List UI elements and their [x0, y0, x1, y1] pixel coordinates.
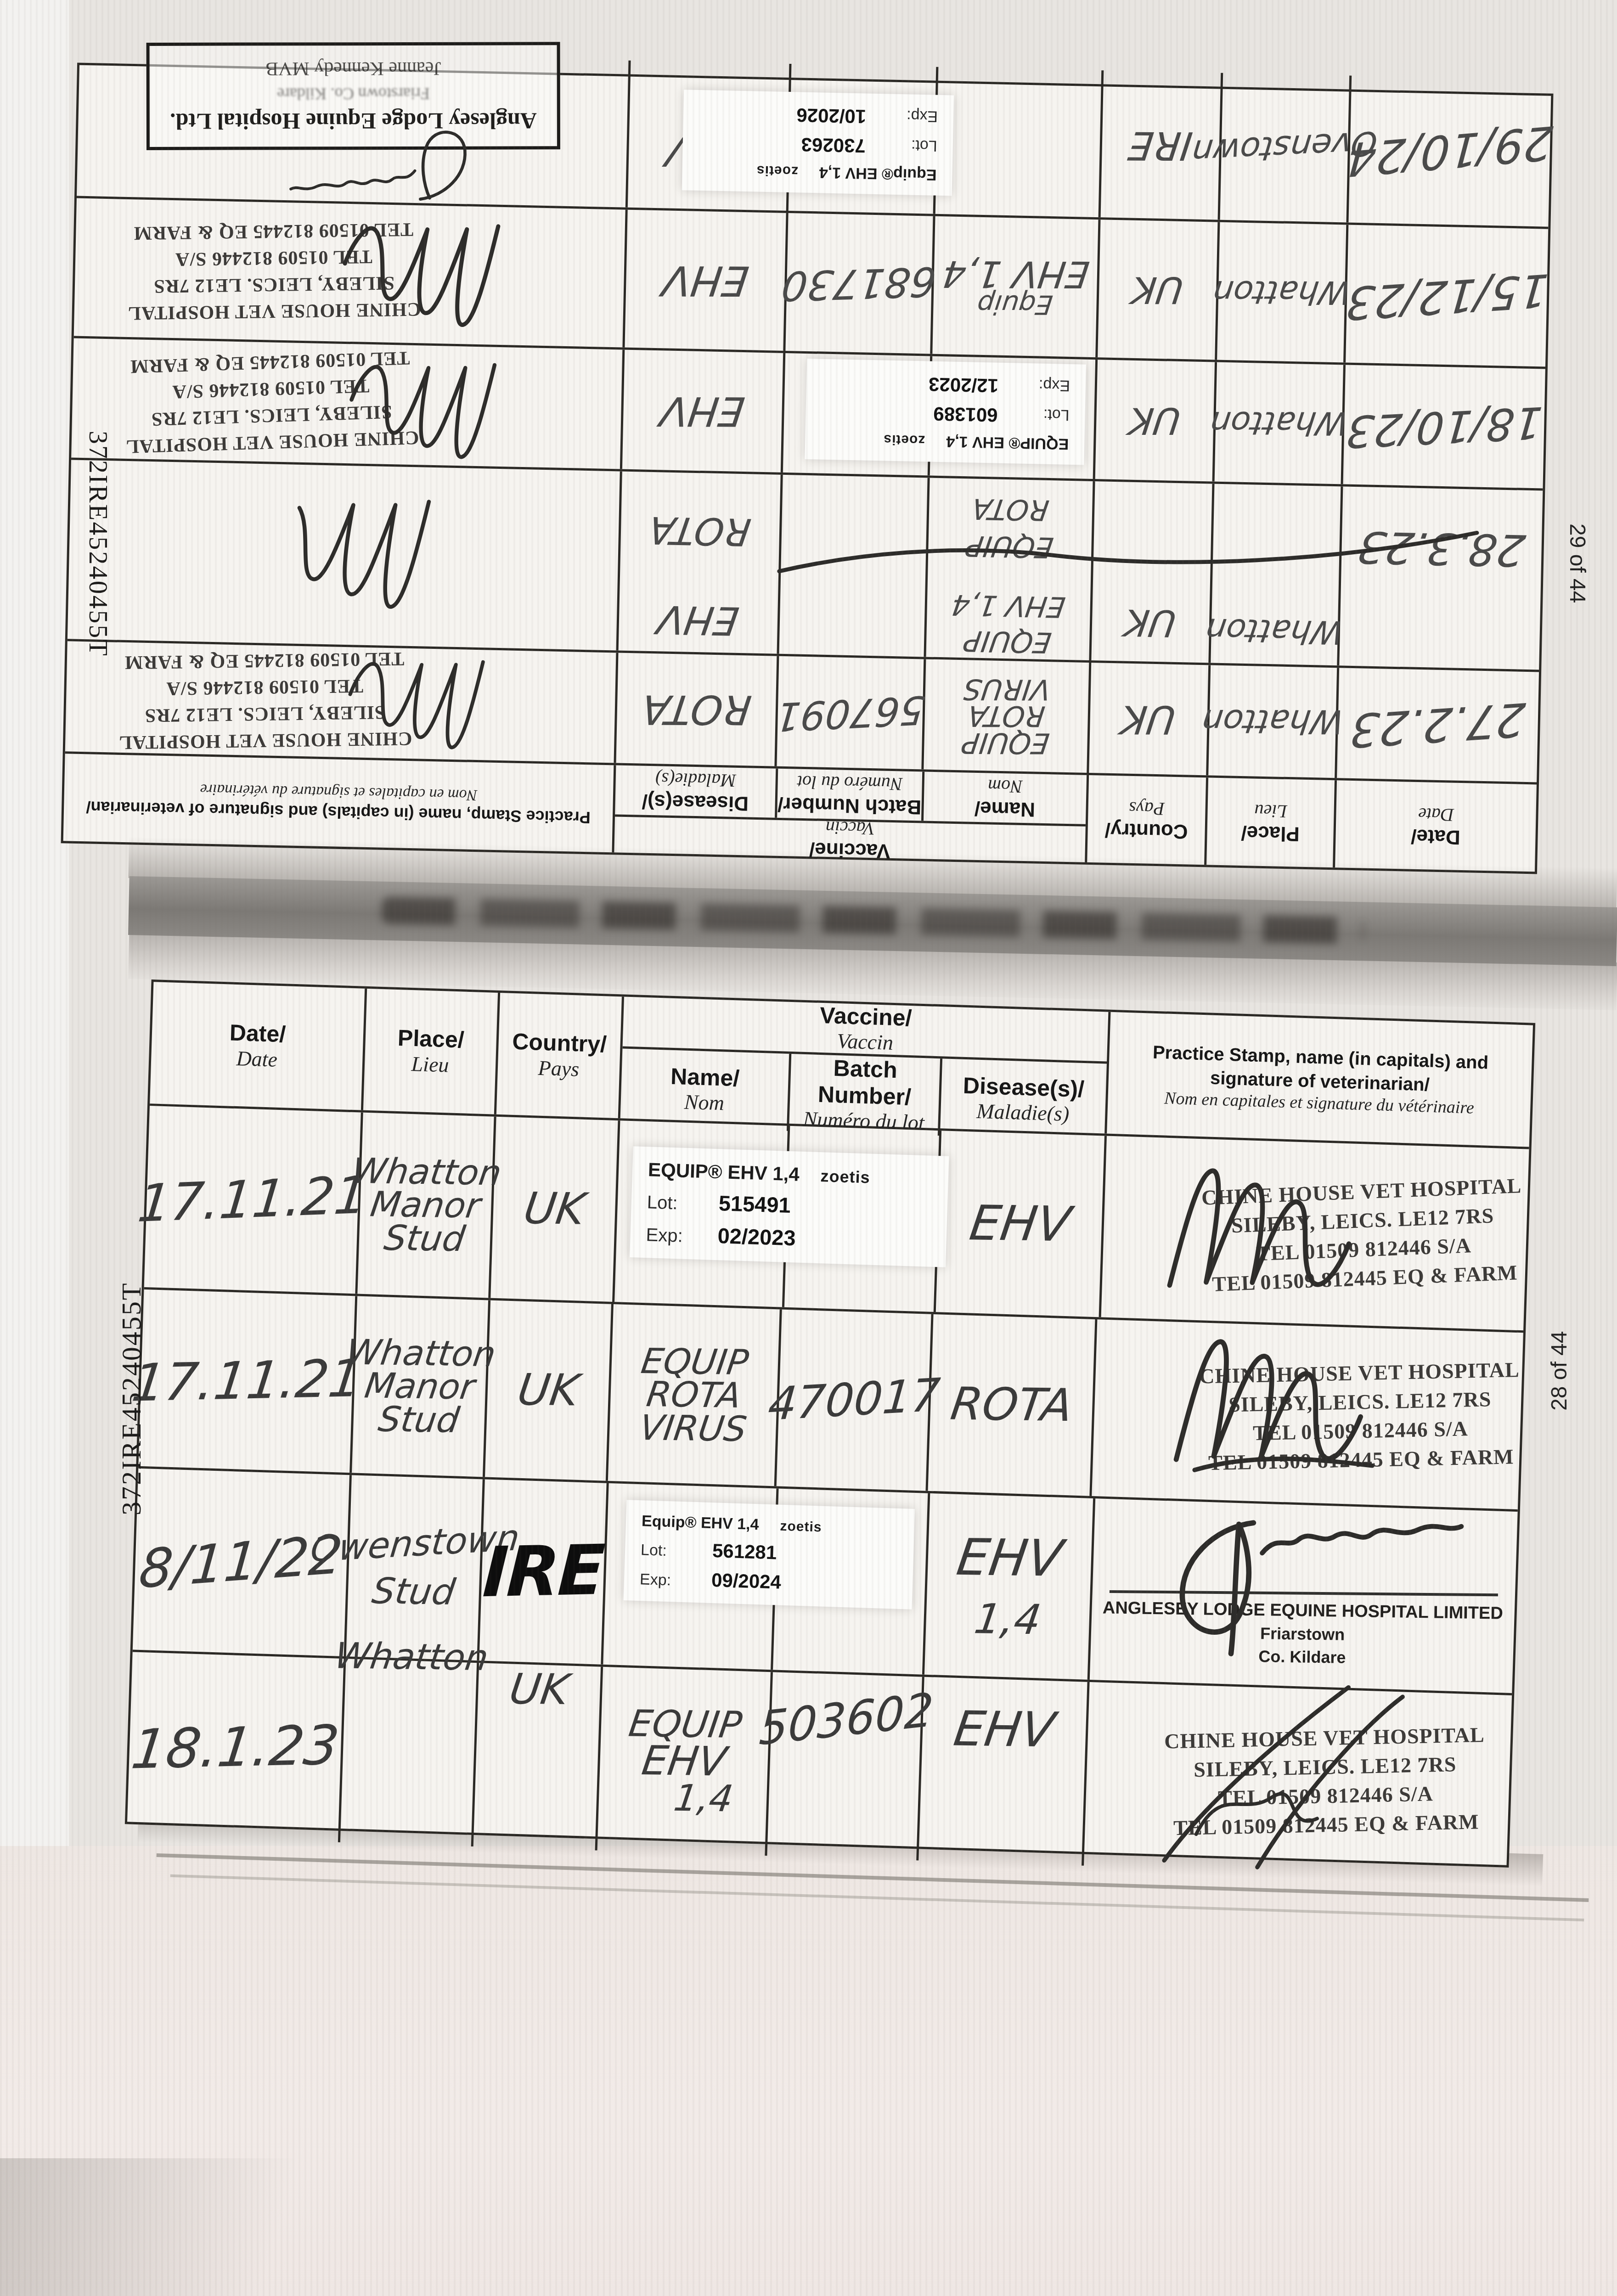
- header-date-en: Date/: [1411, 824, 1461, 849]
- country-handwritten: UK: [515, 1369, 581, 1412]
- sticker-manufacturer: zoetis: [883, 431, 925, 448]
- header-date-fr: Date: [236, 1047, 278, 1072]
- disease-handwritten: ROTA: [948, 1383, 1075, 1427]
- header-date-en: Date/: [229, 1020, 286, 1048]
- vaccine-name-handwritten: VIRUS: [637, 1411, 748, 1446]
- sticker-manufacturer: zoetis: [820, 1166, 870, 1187]
- country-handwritten: UK: [1119, 700, 1178, 737]
- header-batch: Batch Number/ Numéro du lot: [789, 1054, 942, 1136]
- sticker-lot-value: 561281: [712, 1540, 777, 1564]
- sticker-lot-label: Lot:: [647, 1192, 698, 1214]
- header-place-en: Place/: [1241, 821, 1300, 845]
- disease-handwritten: EHV: [655, 600, 741, 638]
- stamp-line: Jeanne Kennedy MVB: [265, 57, 441, 80]
- header-batch: Batch Number/ Numéro du lot: [775, 769, 922, 821]
- header-disease: Disease(s)/ Maladie(s): [940, 1058, 1107, 1141]
- disease-handwritten: EHV: [954, 1533, 1065, 1582]
- vaccine-name-handwritten: 1,4: [672, 1781, 735, 1816]
- country-handwritten: UK: [521, 1188, 587, 1231]
- header-batch-en: Batch Number/: [790, 1054, 940, 1111]
- header-name: Name/ Nom: [620, 1048, 791, 1131]
- vaccine-sticker: Equip® EHV 1,4 zoetis Lot: 730263 Exp: 1…: [682, 90, 954, 196]
- sticker-exp-label: Exp:: [640, 1570, 691, 1590]
- sticker-exp-label: Exp:: [887, 106, 938, 125]
- place-handwritten: Whatton: [1204, 614, 1345, 648]
- header-batch-en: Batch Number/: [778, 792, 922, 818]
- disease-handwritten: EHV: [660, 260, 750, 300]
- date-handwritten: 17.11.21: [130, 1354, 364, 1408]
- header-place-fr: Lieu: [411, 1052, 449, 1077]
- date-handwritten: 17.11.21: [135, 1171, 369, 1229]
- vaccine-name-handwritten: ROTA: [966, 703, 1046, 730]
- sticker-exp-label: Exp:: [1020, 376, 1070, 394]
- vaccine-sticker: EQUIP® EHV 1,4 zoetis Lot: 601389 Exp: 1…: [805, 359, 1086, 465]
- sticker-brand: EQUIP® EHV 1,4: [648, 1159, 800, 1185]
- header-disease-en: Disease(s)/: [963, 1072, 1085, 1103]
- veterinarian-signature: [1104, 1490, 1476, 1666]
- veterinarian-signature: [1133, 1146, 1396, 1315]
- sticker-lot-value: 730263: [801, 134, 866, 157]
- disease-handwritten: EHV: [951, 1706, 1057, 1753]
- veterinarian-signature: [221, 121, 572, 220]
- header-vaccine-en: Vaccine/: [819, 1002, 912, 1032]
- sticker-exp-value: 12/2023: [929, 373, 999, 397]
- header-country: Country/ Pays: [1085, 775, 1206, 865]
- header-country-fr: Pays: [1129, 798, 1165, 820]
- date-handwritten: 18.1.23: [129, 1719, 342, 1775]
- country-handwritten: UK: [1123, 605, 1179, 641]
- scanner-edge-strip: [0, 0, 69, 1938]
- country-handwritten-marker: IRE: [481, 1538, 605, 1606]
- sticker-lot-label: Lot:: [641, 1541, 692, 1560]
- batch-handwritten: 470017: [766, 1374, 941, 1427]
- header-country-en: Country/: [512, 1029, 607, 1058]
- disease-handwritten: EHV: [967, 1200, 1073, 1247]
- header-practice-stamp: Practice Stamp, name (in capitals) and s…: [1107, 1012, 1533, 1147]
- header-disease: Disease(s)/ Maladie(s): [615, 765, 776, 817]
- page-number-28: 28 of 44: [1547, 1331, 1572, 1411]
- sticker-exp-value: 10/2026: [796, 104, 867, 127]
- header-disease-fr: Maladie(s): [976, 1099, 1070, 1126]
- place-handwritten: Whatton: [332, 1639, 490, 1675]
- vaccine-name-handwritten: VIRUS: [962, 675, 1052, 703]
- blurred-title-text: [382, 897, 1364, 945]
- place-handwritten: Manor: [369, 1188, 483, 1222]
- sticker-brand: Equip® EHV 1,4: [819, 163, 937, 183]
- vaccine-sticker: Equip® EHV 1,4 zoetis Lot: 561281 Exp: 0…: [624, 1500, 915, 1609]
- vaccine-sticker: EQUIP® EHV 1,4 zoetis Lot: 515491 Exp: 0…: [630, 1146, 949, 1267]
- header-place-fr: Lieu: [1254, 800, 1287, 822]
- vaccination-row: 29/10/24 Ovenstown IRE Equip® EHV 1,4 zo…: [77, 49, 1551, 227]
- header-disease-fr: Maladie(s): [655, 768, 736, 791]
- sticker-lot-value: 601389: [933, 403, 998, 426]
- passport-page-29: Date/ Date Place/ Lieu Country/ Pays Vac…: [61, 63, 1554, 874]
- header-date-fr: Date: [1418, 804, 1454, 826]
- header-name-en: Name/: [974, 796, 1035, 821]
- disease-handwritten: 1,4: [972, 1600, 1043, 1640]
- disease-handwritten: ROTA: [640, 690, 753, 729]
- stamp-line: Friarstown Co. Kildare: [277, 84, 430, 104]
- header-vaccine-group: Vaccine/ Vaccin Name/ Nom Batch Number/ …: [620, 996, 1111, 1133]
- veterinarian-signature: [292, 203, 543, 346]
- sticker-lot-label: Lot:: [886, 135, 937, 154]
- country-handwritten: UK: [507, 1669, 571, 1710]
- header-place: Place/ Lieu: [1204, 777, 1335, 867]
- page-number-29: 29 of 44: [1565, 523, 1590, 603]
- vaccine-name-handwritten: EHV 1,4: [950, 591, 1067, 620]
- header-name-fr: Nom: [988, 776, 1023, 798]
- header-vaccine-fr: Vaccin: [837, 1029, 894, 1055]
- header-vaccine-fr: Vaccin: [825, 817, 875, 839]
- veterinarian-signature: [292, 642, 533, 766]
- batch-handwritten: 567091: [774, 691, 926, 735]
- header-batch-fr: Numéro du lot: [797, 771, 903, 795]
- passport-number-vertical-top: 372IRE45240455T: [83, 431, 114, 657]
- sticker-brand: EQUIP® EHV 1,4: [946, 432, 1069, 453]
- sticker-manufacturer: zoetis: [756, 163, 799, 179]
- veterinarian-signature: [294, 343, 545, 477]
- header-date: Date/ Date: [150, 982, 367, 1110]
- header-country-en: Country/: [1104, 818, 1188, 843]
- country-handwritten: IRE: [1127, 126, 1194, 163]
- vaccine-name-handwritten: EQUIP: [963, 627, 1053, 656]
- date-handwritten: 27.2.23: [1349, 697, 1527, 753]
- batch-handwritten: 503602: [758, 1688, 934, 1750]
- place-handwritten: Stud: [370, 1574, 457, 1609]
- header-name-fr: Nom: [684, 1090, 725, 1116]
- passport-number-vertical-bottom: 372IRE45240455T: [116, 1282, 147, 1515]
- page-curl-shadow: [0, 2158, 505, 2296]
- sticker-brand: Equip® EHV 1,4: [642, 1512, 760, 1534]
- veterinarian-signature: [1143, 1317, 1405, 1490]
- sticker-manufacturer: zoetis: [780, 1519, 822, 1536]
- veterinarian-signature: [185, 476, 501, 630]
- place-handwritten: Stud: [382, 1221, 467, 1255]
- passport-page-28: Date/ Date Place/ Lieu Country/ Pays Vac…: [125, 979, 1535, 1868]
- place-handwritten: Whatton: [1211, 277, 1352, 308]
- header-date: Date/ Date: [1333, 780, 1537, 872]
- header-country-fr: Pays: [538, 1056, 580, 1081]
- vaccine-name-handwritten: EHV: [639, 1741, 728, 1781]
- date-handwritten: 15/12/23: [1344, 268, 1550, 324]
- sticker-exp-value: 09/2024: [711, 1569, 781, 1593]
- sticker-exp-label: Exp:: [646, 1225, 697, 1247]
- country-handwritten: UK: [1130, 272, 1185, 307]
- vaccine-name-handwritten: EHV 1,4: [940, 256, 1091, 292]
- disease-handwritten: EHV: [659, 392, 747, 430]
- place-handwritten: Stud: [377, 1402, 462, 1436]
- veterinarian-signature: [1111, 1665, 1448, 1877]
- sticker-exp-value: 02/2023: [717, 1223, 796, 1250]
- header-place: Place/ Lieu: [363, 989, 500, 1114]
- country-handwritten: UK: [1127, 403, 1183, 438]
- header-country: Country/ Pays: [496, 993, 624, 1118]
- sticker-lot-label: Lot:: [1019, 405, 1070, 424]
- place-handwritten: Whatton: [1208, 408, 1350, 439]
- place-handwritten: Manor: [363, 1369, 477, 1404]
- header-disease-en: Disease(s)/: [642, 789, 749, 815]
- sticker-lot-value: 515491: [718, 1190, 791, 1218]
- header-name-en: Name/: [670, 1063, 740, 1092]
- vaccination-row-split: 28.3.23 Whatton UK EQUIP EHV 1,4 EQUIP R…: [68, 457, 1543, 670]
- header-name: Name/ Nom: [921, 771, 1087, 824]
- place-handwritten: Whatton: [1200, 706, 1345, 737]
- header-vaccine-group: Vaccine/ Vaccin Name/ Nom Batch Number/ …: [612, 765, 1087, 862]
- batch-handwritten: 681730: [780, 262, 939, 305]
- vaccine-name-handwritten: EQUIP: [961, 729, 1051, 756]
- header-place-en: Place/: [397, 1025, 464, 1053]
- date-handwritten: 18/10/23: [1345, 401, 1544, 452]
